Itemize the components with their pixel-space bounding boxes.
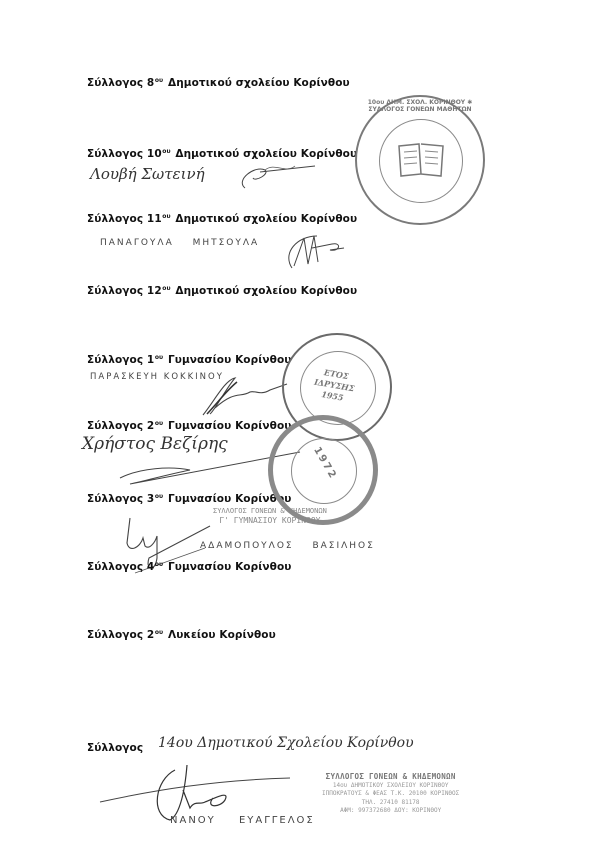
signer-name-14th: ΝΑΝΟΥ ΕΥΑΓΓΕΛΟΣ bbox=[170, 815, 315, 826]
entry-prefix: Σύλλογος bbox=[87, 213, 143, 225]
entry-school: Γυμνασίου Κορίνθου bbox=[168, 354, 292, 366]
entry-ordinal: ου bbox=[155, 420, 163, 427]
entry-prefix: Σύλλογος bbox=[87, 77, 143, 89]
stamp-ring-text: 10ου ΔΗΜ. ΣΧΟΛ. ΚΟΡΙΝΘΟΥ ✱ ΣΥΛΛΟΓΟΣ ΓΟΝΕ… bbox=[357, 99, 483, 113]
entry-prefix: Σύλλογος bbox=[87, 420, 143, 432]
entry-school: Δημοτικού σχολείου Κορίνθου bbox=[175, 285, 357, 297]
entry-number: 10 bbox=[147, 148, 162, 160]
entry-prefix: Σύλλογος bbox=[87, 148, 143, 160]
entry-ordinal: ου bbox=[162, 148, 170, 155]
signer-name-3rd-gym: ΑΔΑΜΟΠΟΥΛΟΣ ΒΑΣΙΛΗΟΣ bbox=[200, 541, 375, 551]
stamp-line-1: ΣΥΛΛΟΓΟΣ ΓΟΝΕΩΝ & ΚΗΔΕΜΟΝΩΝ bbox=[322, 773, 459, 782]
open-book-icon bbox=[397, 142, 445, 178]
entry-number: 11 bbox=[147, 213, 162, 225]
entry-school: Δημοτικού σχολείου Κορίνθου bbox=[175, 213, 357, 225]
entry-school: Δημοτικού σχολείου Κορίνθου bbox=[175, 148, 357, 160]
stamp-line-2: 14ου ΔΗΜΟΤΙΚΟΥ ΣΧΟΛΕΙΟΥ ΚΟΡΙΝΘΟΥ bbox=[322, 782, 459, 791]
entry-number: 4 bbox=[147, 561, 154, 573]
entry-2nd-lyceum: Σύλλογος 2ου Λυκείου Κορίνθου bbox=[87, 629, 276, 641]
signer-name-10th: Λουβή Σωτεινή bbox=[90, 165, 205, 183]
entry-number: 2 bbox=[147, 420, 154, 432]
entry-ordinal: ου bbox=[162, 213, 170, 220]
signer-name-11th: ΠΑΝΑΓΟΥΛΑ ΜΗΤΣΟΥΛΑ bbox=[100, 238, 259, 248]
entry-8th-elementary: Σύλλογος 8ου Δημοτικού σχολείου Κορίνθου bbox=[87, 77, 350, 89]
entry-ordinal: ου bbox=[155, 561, 163, 568]
entry-number: 12 bbox=[147, 285, 162, 297]
entry-14th-elementary: Σύλλογος bbox=[87, 742, 143, 754]
entry-school: Γυμνασίου Κορίνθου bbox=[168, 561, 292, 573]
stamp-line-5: ΑΦΜ: 997372680 ΔΟΥ: ΚΟΡΙΝΘΟΥ bbox=[322, 807, 459, 816]
entry-prefix: Σύλλογος bbox=[87, 285, 143, 297]
entry-ordinal: ου bbox=[162, 285, 170, 292]
entry-number: 8 bbox=[147, 77, 154, 89]
signature-10th bbox=[225, 160, 315, 195]
stamp-3rd-gymnasium: ΣΥΛΛΟΓΟΣ ΓΟΝΕΩΝ & ΚΗΔΕΜΟΝΩΝ Γ' ΓΥΜΝΑΣΙΟΥ… bbox=[213, 506, 327, 526]
stamp-center-text: ΕΤΟΣ ΙΔΡΥΣΗΣ 1955 bbox=[311, 366, 357, 406]
entry-school: Δημοτικού σχολείου Κορίνθου bbox=[168, 77, 350, 89]
entry-12th-elementary: Σύλλογος 12ου Δημοτικού σχολείου Κορίνθο… bbox=[87, 285, 357, 297]
handwritten-school-14th: 14ου Δημοτικού Σχολείου Κορίνθου bbox=[158, 735, 414, 751]
entry-10th-elementary: Σύλλογος 10ου Δημοτικού σχολείου Κορίνθο… bbox=[87, 148, 357, 160]
entry-school: Γυμνασίου Κορίνθου bbox=[168, 420, 292, 432]
entry-1st-gymnasium: Σύλλογος 1ου Γυμνασίου Κορίνθου bbox=[87, 354, 292, 366]
signature-1st-gym bbox=[195, 370, 290, 420]
signature-11th bbox=[282, 228, 352, 273]
entry-number: 1 bbox=[147, 354, 154, 366]
entry-ordinal: ου bbox=[155, 77, 163, 84]
entry-prefix: Σύλλογος bbox=[87, 354, 143, 366]
entry-ordinal: ου bbox=[155, 354, 163, 361]
entry-prefix: Σύλλογος bbox=[87, 742, 143, 754]
entry-prefix: Σύλλογος bbox=[87, 629, 143, 641]
stamp-14th-elementary: ΣΥΛΛΟΓΟΣ ΓΟΝΕΩΝ & ΚΗΔΕΜΟΝΩΝ 14ου ΔΗΜΟΤΙΚ… bbox=[322, 773, 459, 816]
stamp-line-4: ΤΗΛ. 27410 81178 bbox=[322, 799, 459, 808]
entry-11th-elementary: Σύλλογος 11ου Δημοτικού σχολείου Κορίνθο… bbox=[87, 213, 357, 225]
entry-ordinal: ου bbox=[155, 629, 163, 636]
entry-number: 2 bbox=[147, 629, 154, 641]
stamp-10th-elementary: 10ου ΔΗΜ. ΣΧΟΛ. ΚΟΡΙΝΘΟΥ ✱ ΣΥΛΛΟΓΟΣ ΓΟΝΕ… bbox=[355, 95, 485, 225]
entry-prefix: Σύλλογος bbox=[87, 561, 143, 573]
entry-4th-gymnasium: Σύλλογος 4ου Γυμνασίου Κορίνθου bbox=[87, 561, 292, 573]
entry-2nd-gymnasium: Σύλλογος 2ου Γυμνασίου Κορίνθου bbox=[87, 420, 292, 432]
stamp-line-2: Γ' ΓΥΜΝΑΣΙΟΥ ΚΟΡΙΝΘΟΥ bbox=[213, 516, 327, 526]
stamp-line-1: ΣΥΛΛΟΓΟΣ ΓΟΝΕΩΝ & ΚΗΔΕΜΟΝΩΝ bbox=[213, 506, 327, 516]
entry-school: Λυκείου Κορίνθου bbox=[168, 629, 276, 641]
stamp-line-3: ΙΠΠΟΚΡΑΤΟΥΣ & ΦΕΑΣ Τ.Κ. 20100 ΚΟΡΙΝΘΟΣ bbox=[322, 790, 459, 799]
